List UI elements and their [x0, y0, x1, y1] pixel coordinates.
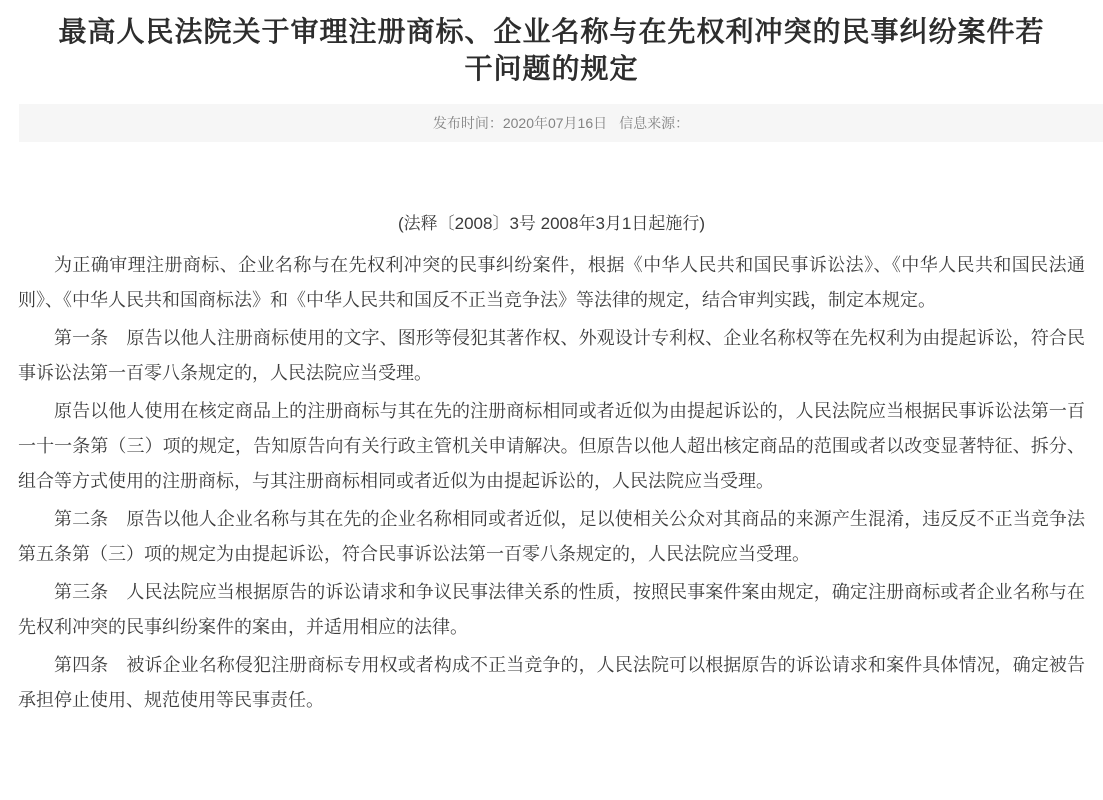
meta-bar: 发布时间：2020年07月16日 信息来源： [19, 104, 1103, 142]
document-content: (法释〔2008〕3号 2008年3月1日起施行) 为正确审理注册商标、企业名称… [0, 213, 1103, 718]
document-number-line: (法释〔2008〕3号 2008年3月1日起施行) [18, 213, 1085, 235]
page-title: 最高人民法院关于审理注册商标、企业名称与在先权利冲突的民事纠纷案件若干问题的规定 [0, 0, 1103, 87]
paragraph: 原告以他人使用在核定商品上的注册商标与其在先的注册商标相同或者近似为由提起诉讼的… [18, 394, 1085, 499]
publish-date: 发布时间：2020年07月16日 [433, 113, 607, 133]
image-smudge-artifact [769, 727, 1101, 793]
info-source-label: 信息来源： [619, 113, 689, 133]
paragraph: 第一条 原告以他人注册商标使用的文字、图形等侵犯其著作权、外观设计专利权、企业名… [18, 321, 1085, 391]
document-page: 最高人民法院关于审理注册商标、企业名称与在先权利冲突的民事纠纷案件若干问题的规定… [0, 0, 1103, 800]
paragraph: 第三条 人民法院应当根据原告的诉讼请求和争议民事法律关系的性质，按照民事案件案由… [18, 575, 1085, 645]
paragraph: 第四条 被诉企业名称侵犯注册商标专用权或者构成不正当竞争的，人民法院可以根据原告… [18, 648, 1085, 718]
paragraph: 第二条 原告以他人企业名称与其在先的企业名称相同或者近似，足以使相关公众对其商品… [18, 502, 1085, 572]
document-paragraphs: 为正确审理注册商标、企业名称与在先权利冲突的民事纠纷案件，根据《中华人民共和国民… [18, 248, 1085, 718]
paragraph: 为正确审理注册商标、企业名称与在先权利冲突的民事纠纷案件，根据《中华人民共和国民… [18, 248, 1085, 318]
